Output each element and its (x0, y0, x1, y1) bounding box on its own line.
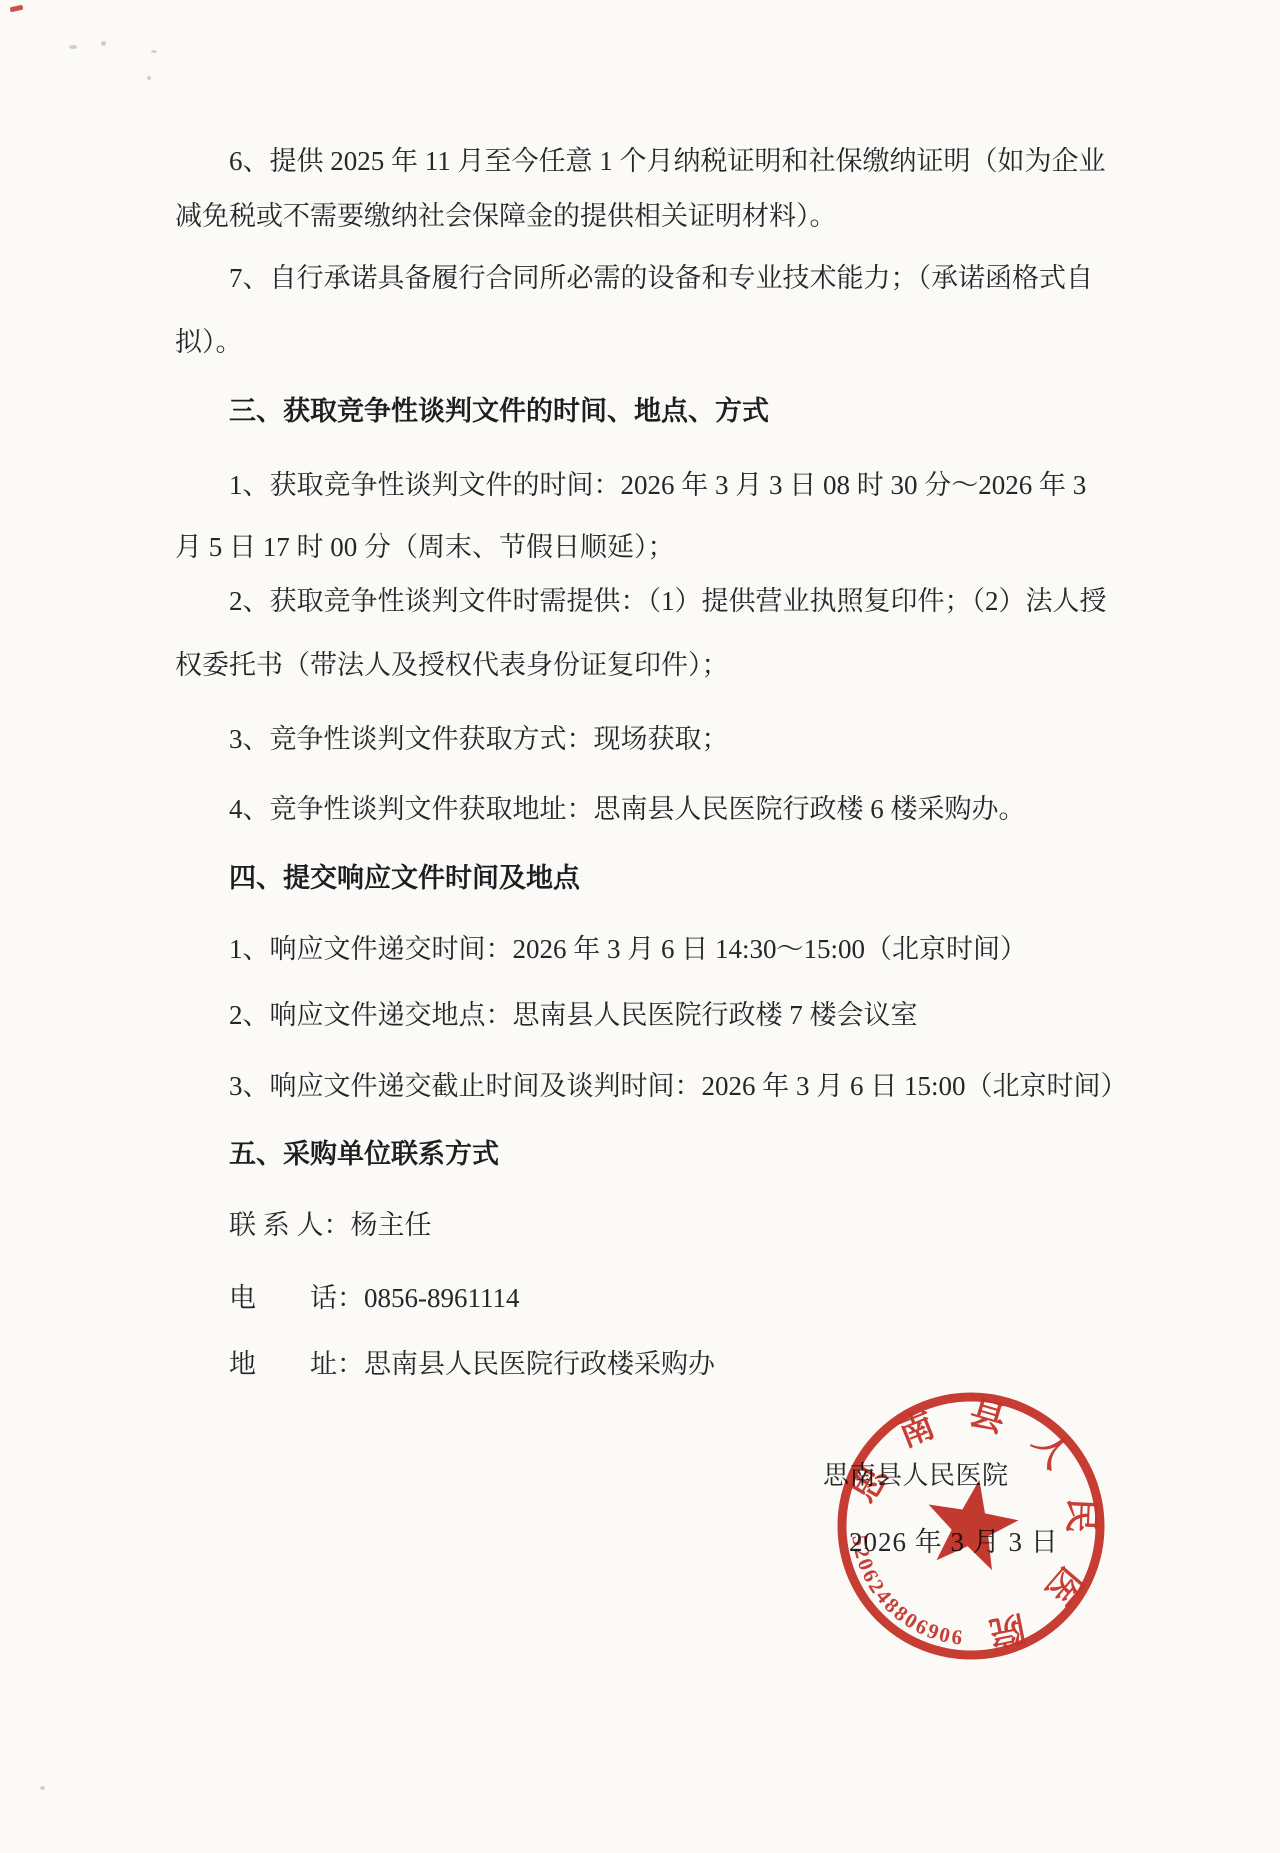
contact-person-line: 联 系 人：杨主任 (229, 1210, 432, 1241)
scan-speck (10, 5, 24, 13)
scan-speck (101, 41, 106, 46)
scan-speck (147, 76, 151, 80)
red-star-icon (929, 1480, 1019, 1570)
scan-speck (40, 1786, 45, 1790)
scan-speck (69, 45, 77, 49)
s3-item-4: 4、竞争性谈判文件获取地址：思南县人民医院行政楼 6 楼采购办。 (229, 794, 1026, 825)
item-7-line-2: 拟）。 (175, 327, 243, 358)
s3-item-2-line-2: 权委托书（带法人及授权代表身份证复印件）； (175, 650, 729, 681)
scan-speck (151, 50, 157, 53)
section-4-heading: 四、提交响应文件时间及地点 (229, 863, 580, 894)
item-7-line-1: 7、自行承诺具备履行合同所必需的设备和专业技术能力；（承诺函格式自 (229, 263, 1093, 294)
official-seal: 思南县人民医院 5206248806906 (821, 1376, 1121, 1676)
section-3-heading: 三、获取竞争性谈判文件的时间、地点、方式 (229, 396, 769, 427)
s4-item-3: 3、响应文件递交截止时间及谈判时间：2026 年 3 月 6 日 15:00（北… (229, 1071, 1128, 1102)
s3-item-2-line-1: 2、获取竞争性谈判文件时需提供：（1）提供营业执照复印件；（2）法人授 (229, 586, 1107, 617)
s3-item-3: 3、竞争性谈判文件获取方式：现场获取； (229, 724, 729, 755)
contact-phone-line: 电 话：0856-8961114 (229, 1283, 520, 1314)
s3-item-1-line-2: 月 5 日 17 时 00 分（周末、节假日顺延）； (175, 532, 675, 563)
item-6-line-1: 6、提供 2025 年 11 月至今任意 1 个月纳税证明和社保缴纳证明（如为企… (229, 146, 1106, 177)
item-6-line-2: 减免税或不需要缴纳社会保障金的提供相关证明材料）。 (175, 201, 837, 232)
section-5-heading: 五、采购单位联系方式 (229, 1139, 499, 1170)
contact-address-line: 地 址：思南县人民医院行政楼采购办 (229, 1349, 715, 1380)
s4-item-1: 1、响应文件递交时间：2026 年 3 月 6 日 14:30～15:00（北京… (229, 934, 1027, 965)
s3-item-1-line-1: 1、获取竞争性谈判文件的时间：2026 年 3 月 3 日 08 时 30 分～… (229, 470, 1086, 501)
s4-item-2: 2、响应文件递交地点：思南县人民医院行政楼 7 楼会议室 (229, 1000, 918, 1031)
scanned-document-page: 6、提供 2025 年 11 月至今任意 1 个月纳税证明和社保缴纳证明（如为企… (0, 0, 1280, 1853)
